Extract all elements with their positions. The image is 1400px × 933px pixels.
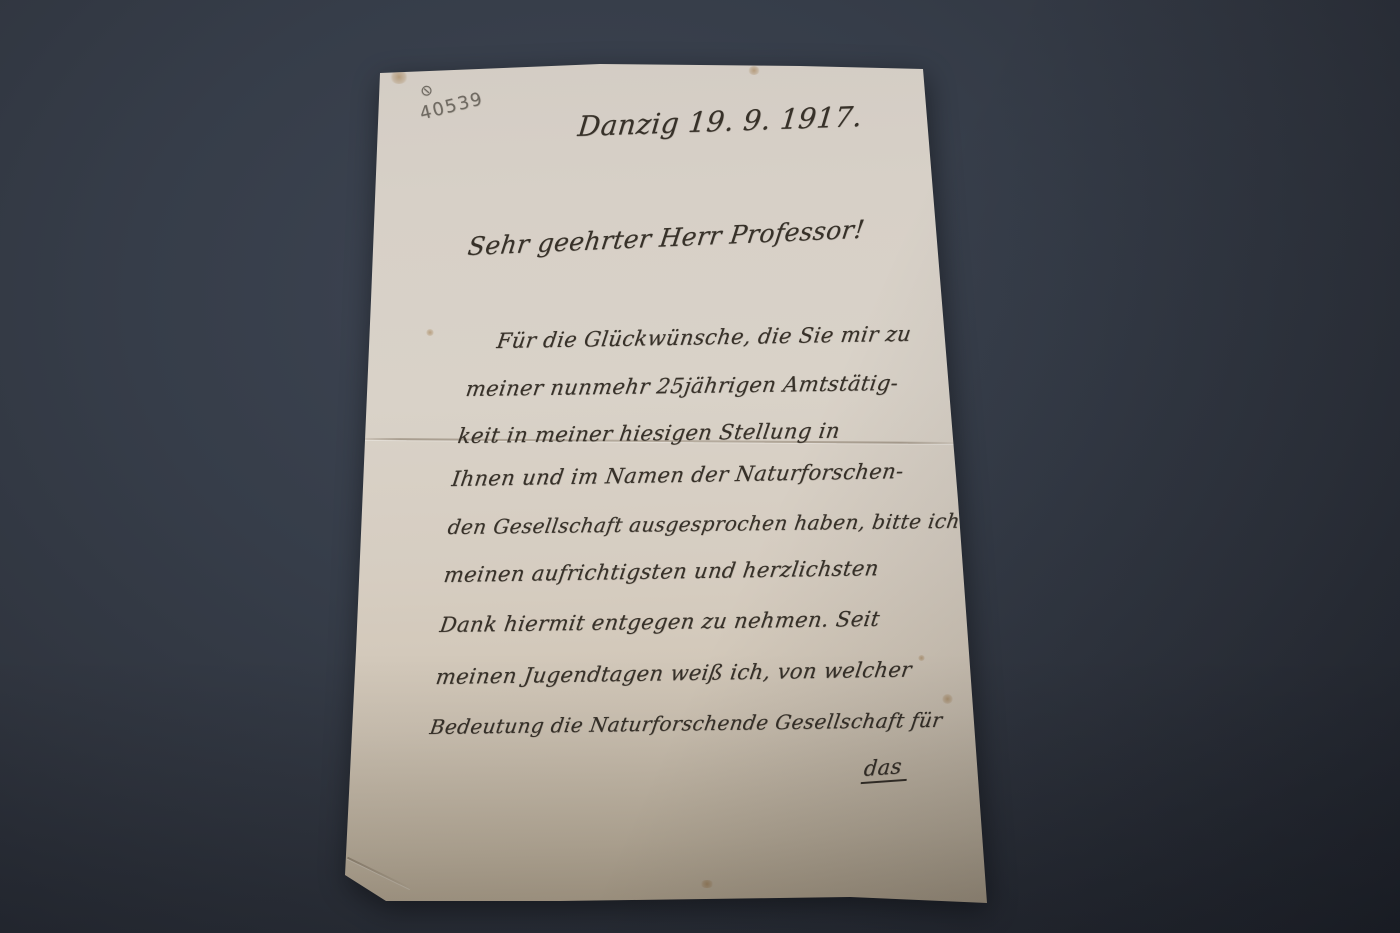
foxing-spot — [426, 329, 434, 336]
catchword-text: das — [861, 754, 909, 784]
body-line: meinen Jugendtagen weiß ich, von welcher — [434, 657, 913, 689]
body-line: den Gesellschaft ausgesprochen haben, bi… — [446, 509, 961, 539]
foxing-spot — [748, 66, 760, 75]
foxing-spot — [942, 694, 953, 704]
foxing-spot — [918, 655, 925, 661]
body-line: meinen aufrichtigsten und herzlichsten — [442, 556, 880, 587]
corner-crease — [347, 857, 411, 889]
foxing-spot — [700, 880, 714, 888]
foxing-spot — [390, 70, 408, 84]
dateline: Danzig 19. 9. 1917. — [576, 100, 864, 143]
body-line: keit in meiner hiesigen Stellung in — [456, 419, 841, 448]
body-line: Bedeutung die Naturforschende Gesellscha… — [428, 708, 944, 739]
body-line: Dank hiermit entgegen zu nehmen. Seit — [438, 607, 881, 637]
salutation: Sehr geehrter Herr Professor! — [466, 215, 866, 262]
paper-shadow-wrapper: ⊘ 40539 Danzig 19. 9. 1917. Sehr geehrte… — [0, 0, 1400, 933]
body-line: meiner nunmehr 25jährigen Amtstätig- — [464, 371, 900, 401]
photograph-of-letter: ⊘ 40539 Danzig 19. 9. 1917. Sehr geehrte… — [0, 0, 1400, 933]
archive-mark-group: ⊘ 40539 — [413, 71, 485, 125]
archive-symbol-icon: ⊘ — [418, 84, 437, 101]
letter-page: ⊘ 40539 Danzig 19. 9. 1917. Sehr geehrte… — [0, 0, 1400, 933]
catchword: das — [861, 754, 909, 781]
body-line: Für die Glückwünsche, die Sie mir zu — [495, 322, 913, 353]
body-line: Ihnen und im Namen der Naturforschen- — [450, 459, 905, 491]
